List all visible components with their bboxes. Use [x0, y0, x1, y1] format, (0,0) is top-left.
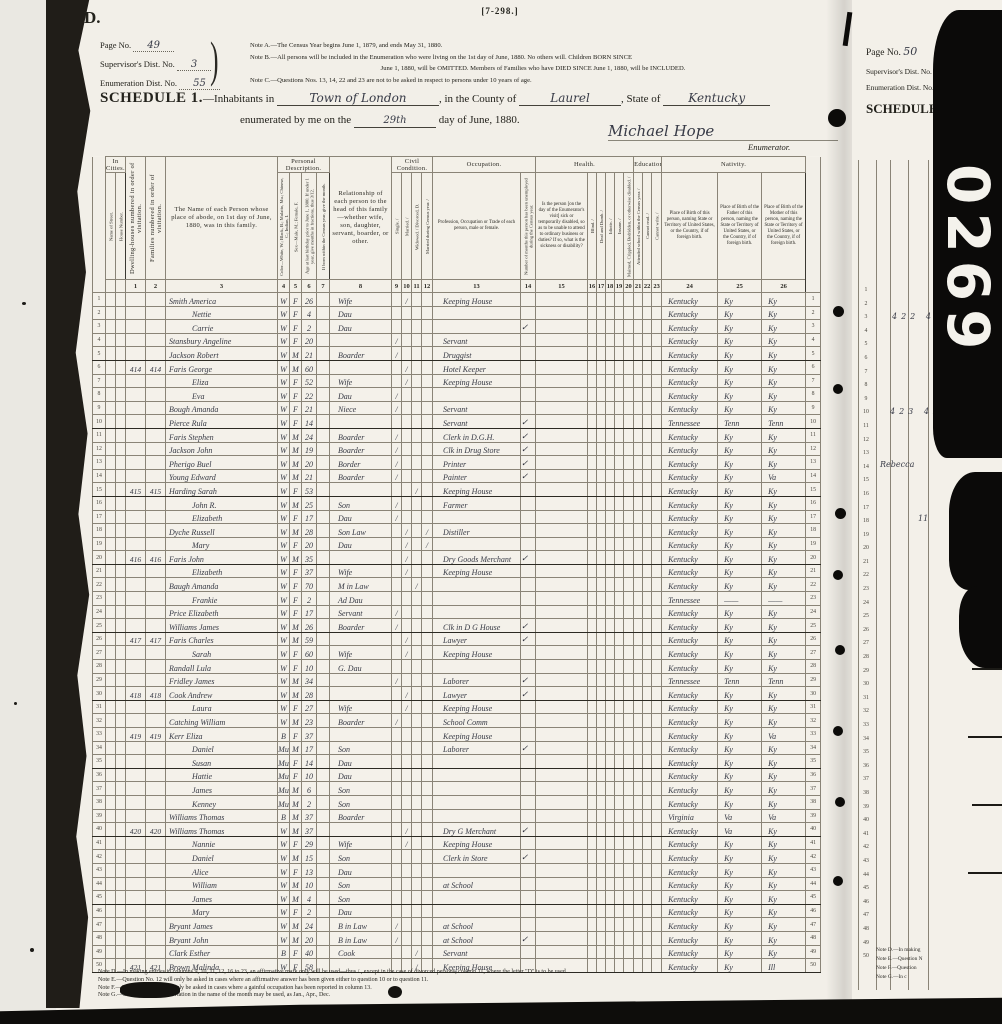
- cell-birthplace: Kentucky: [662, 836, 718, 850]
- census-row: 12 Jackson John W M 19 Boarder / Clk in …: [93, 442, 821, 456]
- census-row: 18 Dyche Russell W M 28 Son Law / / Dist…: [93, 524, 821, 538]
- cell-name: Kerr Eliza: [166, 728, 278, 742]
- cell-relationship: Dau: [330, 863, 392, 877]
- cell-idiotic: [606, 809, 615, 823]
- cell-line-number-right: 28: [806, 660, 821, 674]
- cell-line-number: 46: [93, 904, 106, 918]
- cell-father-birthplace: Ky: [718, 877, 762, 891]
- cell-house: [116, 632, 126, 646]
- cell-line-number: 44: [93, 877, 106, 891]
- side-rule-dash: [968, 736, 1002, 738]
- cell-sex: F: [290, 415, 302, 429]
- cell-blind: [588, 564, 597, 578]
- cell-line-number-right: 2: [806, 306, 821, 320]
- census-row: 33 419 419 Kerr Eliza B F 37 Keeping Hou…: [93, 728, 821, 742]
- cell-married: [402, 347, 412, 361]
- census-row: 8 Eva W F 22 Dau / Kentucky Ky Ky 8: [93, 388, 821, 402]
- cell-sex: M: [290, 456, 302, 470]
- cell-mother-birthplace: Ky: [762, 660, 806, 674]
- cell-house: [116, 537, 126, 551]
- cell-color: W: [278, 442, 290, 456]
- cell-house: [116, 401, 126, 415]
- cell-sickness: [536, 931, 588, 945]
- cell-dwelling: [126, 877, 146, 891]
- cell-occupation: [433, 592, 521, 606]
- census-row: 31 Laura W F 27 Wife / Keeping House Ken…: [93, 700, 821, 714]
- cell-birthplace: Kentucky: [662, 755, 718, 769]
- cell-blind: [588, 741, 597, 755]
- cell-occupation: [433, 388, 521, 402]
- cell-maimed: [624, 537, 634, 551]
- cell-mother-birthplace: Ky: [762, 714, 806, 728]
- side-name-fragment: Rebecca: [880, 460, 914, 469]
- cell-single: [392, 945, 402, 959]
- cell-relationship: Dau: [330, 755, 392, 769]
- cell-single: [392, 768, 402, 782]
- cell-dwelling: 420: [126, 823, 146, 837]
- cell-house: [116, 551, 126, 565]
- cell-married-year: [422, 388, 433, 402]
- cell-age: 22: [302, 388, 317, 402]
- cell-occupation: Distiller: [433, 524, 521, 538]
- cell-family: [146, 333, 166, 347]
- cell-deaf: [597, 456, 606, 470]
- cell-color: W: [278, 700, 290, 714]
- cell-married-year: [422, 809, 433, 823]
- cell-relationship: Son: [330, 891, 392, 905]
- cell-house: [116, 415, 126, 429]
- cell-cannot-read: [643, 564, 652, 578]
- cell-cannot-read: [643, 415, 652, 429]
- cell-family: [146, 931, 166, 945]
- cell-occupation: [433, 904, 521, 918]
- cell-mother-birthplace: Ky: [762, 374, 806, 388]
- cell-age: 10: [302, 768, 317, 782]
- cell-family: [146, 850, 166, 864]
- col-single-header: Single. /: [392, 173, 402, 280]
- cell-widowed: /: [412, 483, 422, 497]
- cell-family: 417: [146, 632, 166, 646]
- cell-color: W: [278, 714, 290, 728]
- cell-check-mark: [521, 809, 536, 823]
- cell-name: Kenney: [166, 795, 278, 809]
- enumerator-signature: Michael Hope: [608, 122, 838, 141]
- cell-school: [634, 823, 643, 837]
- cell-birth-month: [317, 863, 330, 877]
- cell-color: W: [278, 551, 290, 565]
- cell-deaf: [597, 306, 606, 320]
- cell-birth-month: [317, 632, 330, 646]
- cell-line-number: 30: [93, 687, 106, 701]
- cell-house: [116, 442, 126, 456]
- cell-line-number-right: 49: [806, 945, 821, 959]
- punch-hole: [833, 384, 843, 394]
- cell-line-number-right: 12: [806, 442, 821, 456]
- cell-cannot-write: [652, 360, 662, 374]
- cell-married: [402, 469, 412, 483]
- cell-widowed: [412, 442, 422, 456]
- cell-married: [402, 809, 412, 823]
- cell-married: [402, 496, 412, 510]
- cell-sex: F: [290, 863, 302, 877]
- cell-line-number: 45: [93, 891, 106, 905]
- cell-occupation: Druggist: [433, 347, 521, 361]
- cell-sickness: [536, 700, 588, 714]
- cell-line-number-right: 3: [806, 320, 821, 334]
- cell-street: [106, 293, 116, 307]
- cell-widowed: [412, 809, 422, 823]
- cell-father-birthplace: Ky: [718, 700, 762, 714]
- cell-name: Cook Andrew: [166, 687, 278, 701]
- cell-cannot-write: [652, 293, 662, 307]
- census-row: 3 Carrie W F 2 Dau ✓ Kentucky Ky Ky 3: [93, 320, 821, 334]
- cell-insane: [615, 809, 624, 823]
- cell-idiotic: [606, 347, 615, 361]
- cell-married-year: [422, 877, 433, 891]
- cell-school: [634, 496, 643, 510]
- cell-maimed: [624, 877, 634, 891]
- side-line-number: 45: [856, 885, 876, 899]
- cell-family: 414: [146, 360, 166, 374]
- cell-blind: [588, 632, 597, 646]
- cell-dwelling: [126, 714, 146, 728]
- cell-blind: [588, 510, 597, 524]
- cell-maimed: [624, 795, 634, 809]
- side-page-no-value: 50: [903, 45, 917, 58]
- cell-relationship: Border: [330, 456, 392, 470]
- cell-line-number: 36: [93, 768, 106, 782]
- cell-maimed: [624, 374, 634, 388]
- census-row: 36 Hattie Mu F 10 Dau Kentucky Ky Ky 36: [93, 768, 821, 782]
- col-name-header: The Name of each Person whose place of a…: [166, 157, 278, 280]
- cell-father-birthplace: Ky: [718, 687, 762, 701]
- cell-married: [402, 483, 412, 497]
- cell-cannot-read: [643, 768, 652, 782]
- cell-widowed: [412, 551, 422, 565]
- cell-sex: F: [290, 388, 302, 402]
- cell-mother-birthplace: Ky: [762, 687, 806, 701]
- cell-sickness: [536, 795, 588, 809]
- cell-married-year: [422, 945, 433, 959]
- cell-deaf: [597, 646, 606, 660]
- cell-maimed: [624, 728, 634, 742]
- cell-maimed: [624, 809, 634, 823]
- cell-street: [106, 496, 116, 510]
- cell-line-number-right: 37: [806, 782, 821, 796]
- cell-name: Susan: [166, 755, 278, 769]
- cell-deaf: [597, 496, 606, 510]
- cell-street: [106, 877, 116, 891]
- cell-house: [116, 360, 126, 374]
- cell-line-number: 27: [93, 646, 106, 660]
- cell-color: W: [278, 401, 290, 415]
- cell-birthplace: Kentucky: [662, 660, 718, 674]
- cell-age: 70: [302, 578, 317, 592]
- cell-married-year: [422, 374, 433, 388]
- cell-dwelling: [126, 809, 146, 823]
- cell-married: /: [402, 524, 412, 538]
- cell-cannot-read: [643, 483, 652, 497]
- cell-blind: [588, 728, 597, 742]
- cell-insane: [615, 578, 624, 592]
- cell-maimed: [624, 660, 634, 674]
- cell-married-year: [422, 496, 433, 510]
- cell-idiotic: [606, 401, 615, 415]
- cell-birthplace: Tennessee: [662, 592, 718, 606]
- cell-relationship: Wife: [330, 700, 392, 714]
- cell-dwelling: [126, 768, 146, 782]
- side-notes-fragment: Note D.—In making Note E.—Question N Not…: [876, 946, 1002, 982]
- cell-line-number-right: 11: [806, 428, 821, 442]
- census-row: 26 417 417 Faris Charles W M 59 / Lawyer…: [93, 632, 821, 646]
- schedule-rest: —Inhabitants in: [203, 93, 274, 105]
- side-line-number: 11: [856, 423, 876, 437]
- cell-mother-birthplace: Va: [762, 809, 806, 823]
- cell-sickness: [536, 632, 588, 646]
- cell-birth-month: [317, 415, 330, 429]
- side-line-number: 44: [856, 872, 876, 886]
- cell-maimed: [624, 836, 634, 850]
- cell-sickness: [536, 347, 588, 361]
- cell-birthplace: Kentucky: [662, 333, 718, 347]
- cell-maimed: [624, 673, 634, 687]
- side-line-number: 14: [856, 464, 876, 478]
- side-line-number: 17: [856, 505, 876, 519]
- cell-married: /: [402, 700, 412, 714]
- cell-widowed: [412, 877, 422, 891]
- cell-dwelling: [126, 904, 146, 918]
- cell-check-mark: [521, 592, 536, 606]
- cell-single: /: [392, 442, 402, 456]
- cell-relationship: [330, 687, 392, 701]
- cell-occupation: [433, 537, 521, 551]
- cell-mother-birthplace: Ky: [762, 456, 806, 470]
- census-row: 40 420 420 Williams Thomas W M 37 / Dry …: [93, 823, 821, 837]
- cell-married-year: [422, 619, 433, 633]
- cell-father-birthplace: Ky: [718, 456, 762, 470]
- cell-single: [392, 524, 402, 538]
- census-row: 39 Williams Thomas B M 37 Boarder Virgin…: [93, 809, 821, 823]
- cell-widowed: [412, 605, 422, 619]
- cell-name: Dyche Russell: [166, 524, 278, 538]
- cell-cannot-read: [643, 360, 652, 374]
- cell-house: [116, 823, 126, 837]
- cell-father-birthplace: Ky: [718, 836, 762, 850]
- cell-street: [106, 510, 116, 524]
- cell-idiotic: [606, 388, 615, 402]
- cell-birth-month: [317, 456, 330, 470]
- cell-idiotic: [606, 850, 615, 864]
- cell-name: Faris George: [166, 360, 278, 374]
- cell-single: [392, 632, 402, 646]
- cell-relationship: Dau: [330, 537, 392, 551]
- cell-birth-month: [317, 646, 330, 660]
- cell-married: [402, 442, 412, 456]
- cell-street: [106, 741, 116, 755]
- cell-birthplace: Kentucky: [662, 578, 718, 592]
- punch-hole: [833, 726, 843, 736]
- cell-school: [634, 660, 643, 674]
- cell-family: [146, 524, 166, 538]
- cell-relationship: Boarder: [330, 428, 392, 442]
- note-b1: Note B.—All persons will be included in …: [250, 52, 816, 64]
- cell-father-birthplace: Ky: [718, 524, 762, 538]
- cell-single: [392, 850, 402, 864]
- cell-married-year: [422, 728, 433, 742]
- cell-line-number-right: 26: [806, 632, 821, 646]
- side-line-number: 32: [856, 708, 876, 722]
- cell-house: [116, 687, 126, 701]
- cell-father-birthplace: Ky: [718, 632, 762, 646]
- census-row: 15 415 415 Harding Sarah W F 53 / Keepin…: [93, 483, 821, 497]
- cell-name: James: [166, 782, 278, 796]
- cell-insane: [615, 388, 624, 402]
- cell-cannot-read: [643, 632, 652, 646]
- cell-blind: [588, 836, 597, 850]
- cell-check-mark: [521, 891, 536, 905]
- cell-sex: F: [290, 660, 302, 674]
- cell-cannot-read: [643, 809, 652, 823]
- cell-deaf: [597, 320, 606, 334]
- side-line-number: 5: [856, 341, 876, 355]
- cell-single: [392, 578, 402, 592]
- cell-cannot-read: [643, 592, 652, 606]
- cell-family: [146, 374, 166, 388]
- cell-cannot-write: [652, 646, 662, 660]
- cell-line-number: 11: [93, 428, 106, 442]
- cell-dwelling: [126, 306, 146, 320]
- footnotes-block: Note D.—In making entries in columns 9, …: [98, 969, 798, 1000]
- cell-dwelling: [126, 795, 146, 809]
- cell-mother-birthplace: Ky: [762, 388, 806, 402]
- cell-relationship: Boarder: [330, 809, 392, 823]
- cell-house: [116, 714, 126, 728]
- cell-house: [116, 388, 126, 402]
- cell-color: W: [278, 483, 290, 497]
- cell-father-birthplace: Ky: [718, 619, 762, 633]
- cell-cannot-read: [643, 496, 652, 510]
- cell-deaf: [597, 687, 606, 701]
- cell-maimed: [624, 904, 634, 918]
- cell-idiotic: [606, 415, 615, 429]
- col-widowed-header: Widowed. / Divorced, D.: [412, 173, 422, 280]
- cell-street: [106, 823, 116, 837]
- cell-line-number: 19: [93, 537, 106, 551]
- cell-sickness: [536, 673, 588, 687]
- cell-street: [106, 333, 116, 347]
- census-row: 19 Mary W F 20 Dau / / Kentucky Ky Ky 19: [93, 537, 821, 551]
- cell-cannot-read: [643, 619, 652, 633]
- cell-age: 6: [302, 782, 317, 796]
- cell-idiotic: [606, 904, 615, 918]
- cell-school: [634, 714, 643, 728]
- cell-line-number-right: 20: [806, 551, 821, 565]
- cell-single: [392, 320, 402, 334]
- cell-occupation: [433, 863, 521, 877]
- cell-cannot-write: [652, 728, 662, 742]
- cell-line-number-right: 16: [806, 496, 821, 510]
- cell-married-year: [422, 469, 433, 483]
- cell-check-mark: [521, 782, 536, 796]
- cell-occupation: School Comm: [433, 714, 521, 728]
- cell-sex: M: [290, 347, 302, 361]
- cell-occupation: Keeping House: [433, 483, 521, 497]
- cell-sickness: [536, 578, 588, 592]
- cell-maimed: [624, 360, 634, 374]
- cell-sickness: [536, 415, 588, 429]
- cell-name: Alice: [166, 863, 278, 877]
- cell-relationship: Niece: [330, 401, 392, 415]
- county-label: , in the County of: [439, 93, 516, 105]
- cell-cannot-write: [652, 850, 662, 864]
- cell-idiotic: [606, 456, 615, 470]
- cell-family: [146, 891, 166, 905]
- cell-occupation: Servant: [433, 333, 521, 347]
- cell-line-number: 12: [93, 442, 106, 456]
- cell-color: W: [278, 360, 290, 374]
- cell-street: [106, 700, 116, 714]
- cell-cannot-read: [643, 904, 652, 918]
- cell-house: [116, 945, 126, 959]
- census-row: 24 Price Elizabeth W F 17 Servant / Kent…: [93, 605, 821, 619]
- cell-family: [146, 714, 166, 728]
- group-occupation: Occupation.: [433, 157, 536, 173]
- cell-mother-birthplace: Ky: [762, 564, 806, 578]
- cell-single: [392, 360, 402, 374]
- cell-birthplace: Kentucky: [662, 632, 718, 646]
- cell-family: [146, 904, 166, 918]
- cell-married: [402, 592, 412, 606]
- cell-birth-month: [317, 823, 330, 837]
- cell-birthplace: Kentucky: [662, 782, 718, 796]
- cell-line-number: 29: [93, 673, 106, 687]
- cell-line-number-right: 25: [806, 619, 821, 633]
- cell-street: [106, 945, 116, 959]
- cell-birth-month: [317, 388, 330, 402]
- cell-line-number-right: 47: [806, 918, 821, 932]
- cell-line-number-right: 40: [806, 823, 821, 837]
- cell-cannot-read: [643, 578, 652, 592]
- cell-blind: [588, 401, 597, 415]
- cell-line-number: 25: [93, 619, 106, 633]
- cell-insane: [615, 823, 624, 837]
- side-line-number: 10: [856, 409, 876, 423]
- cell-maimed: [624, 700, 634, 714]
- cell-cannot-read: [643, 456, 652, 470]
- cell-father-birthplace: Ky: [718, 578, 762, 592]
- cell-birth-month: [317, 877, 330, 891]
- cell-widowed: [412, 510, 422, 524]
- cell-deaf: [597, 333, 606, 347]
- cell-widowed: [412, 456, 422, 470]
- col-number: 8: [330, 280, 392, 293]
- cell-occupation: at School: [433, 877, 521, 891]
- cell-cannot-write: [652, 741, 662, 755]
- cell-line-number: 40: [93, 823, 106, 837]
- side-line-number: 18: [856, 518, 876, 532]
- side-line-number: 34: [856, 736, 876, 750]
- cell-dwelling: [126, 605, 146, 619]
- cell-line-number-right: 36: [806, 768, 821, 782]
- cell-age: 4: [302, 306, 317, 320]
- cell-sickness: [536, 456, 588, 470]
- cell-cannot-write: [652, 442, 662, 456]
- cell-married-year: [422, 483, 433, 497]
- cell-line-number-right: 31: [806, 700, 821, 714]
- cell-color: B: [278, 945, 290, 959]
- col-number: 5: [290, 280, 302, 293]
- cell-age: 23: [302, 714, 317, 728]
